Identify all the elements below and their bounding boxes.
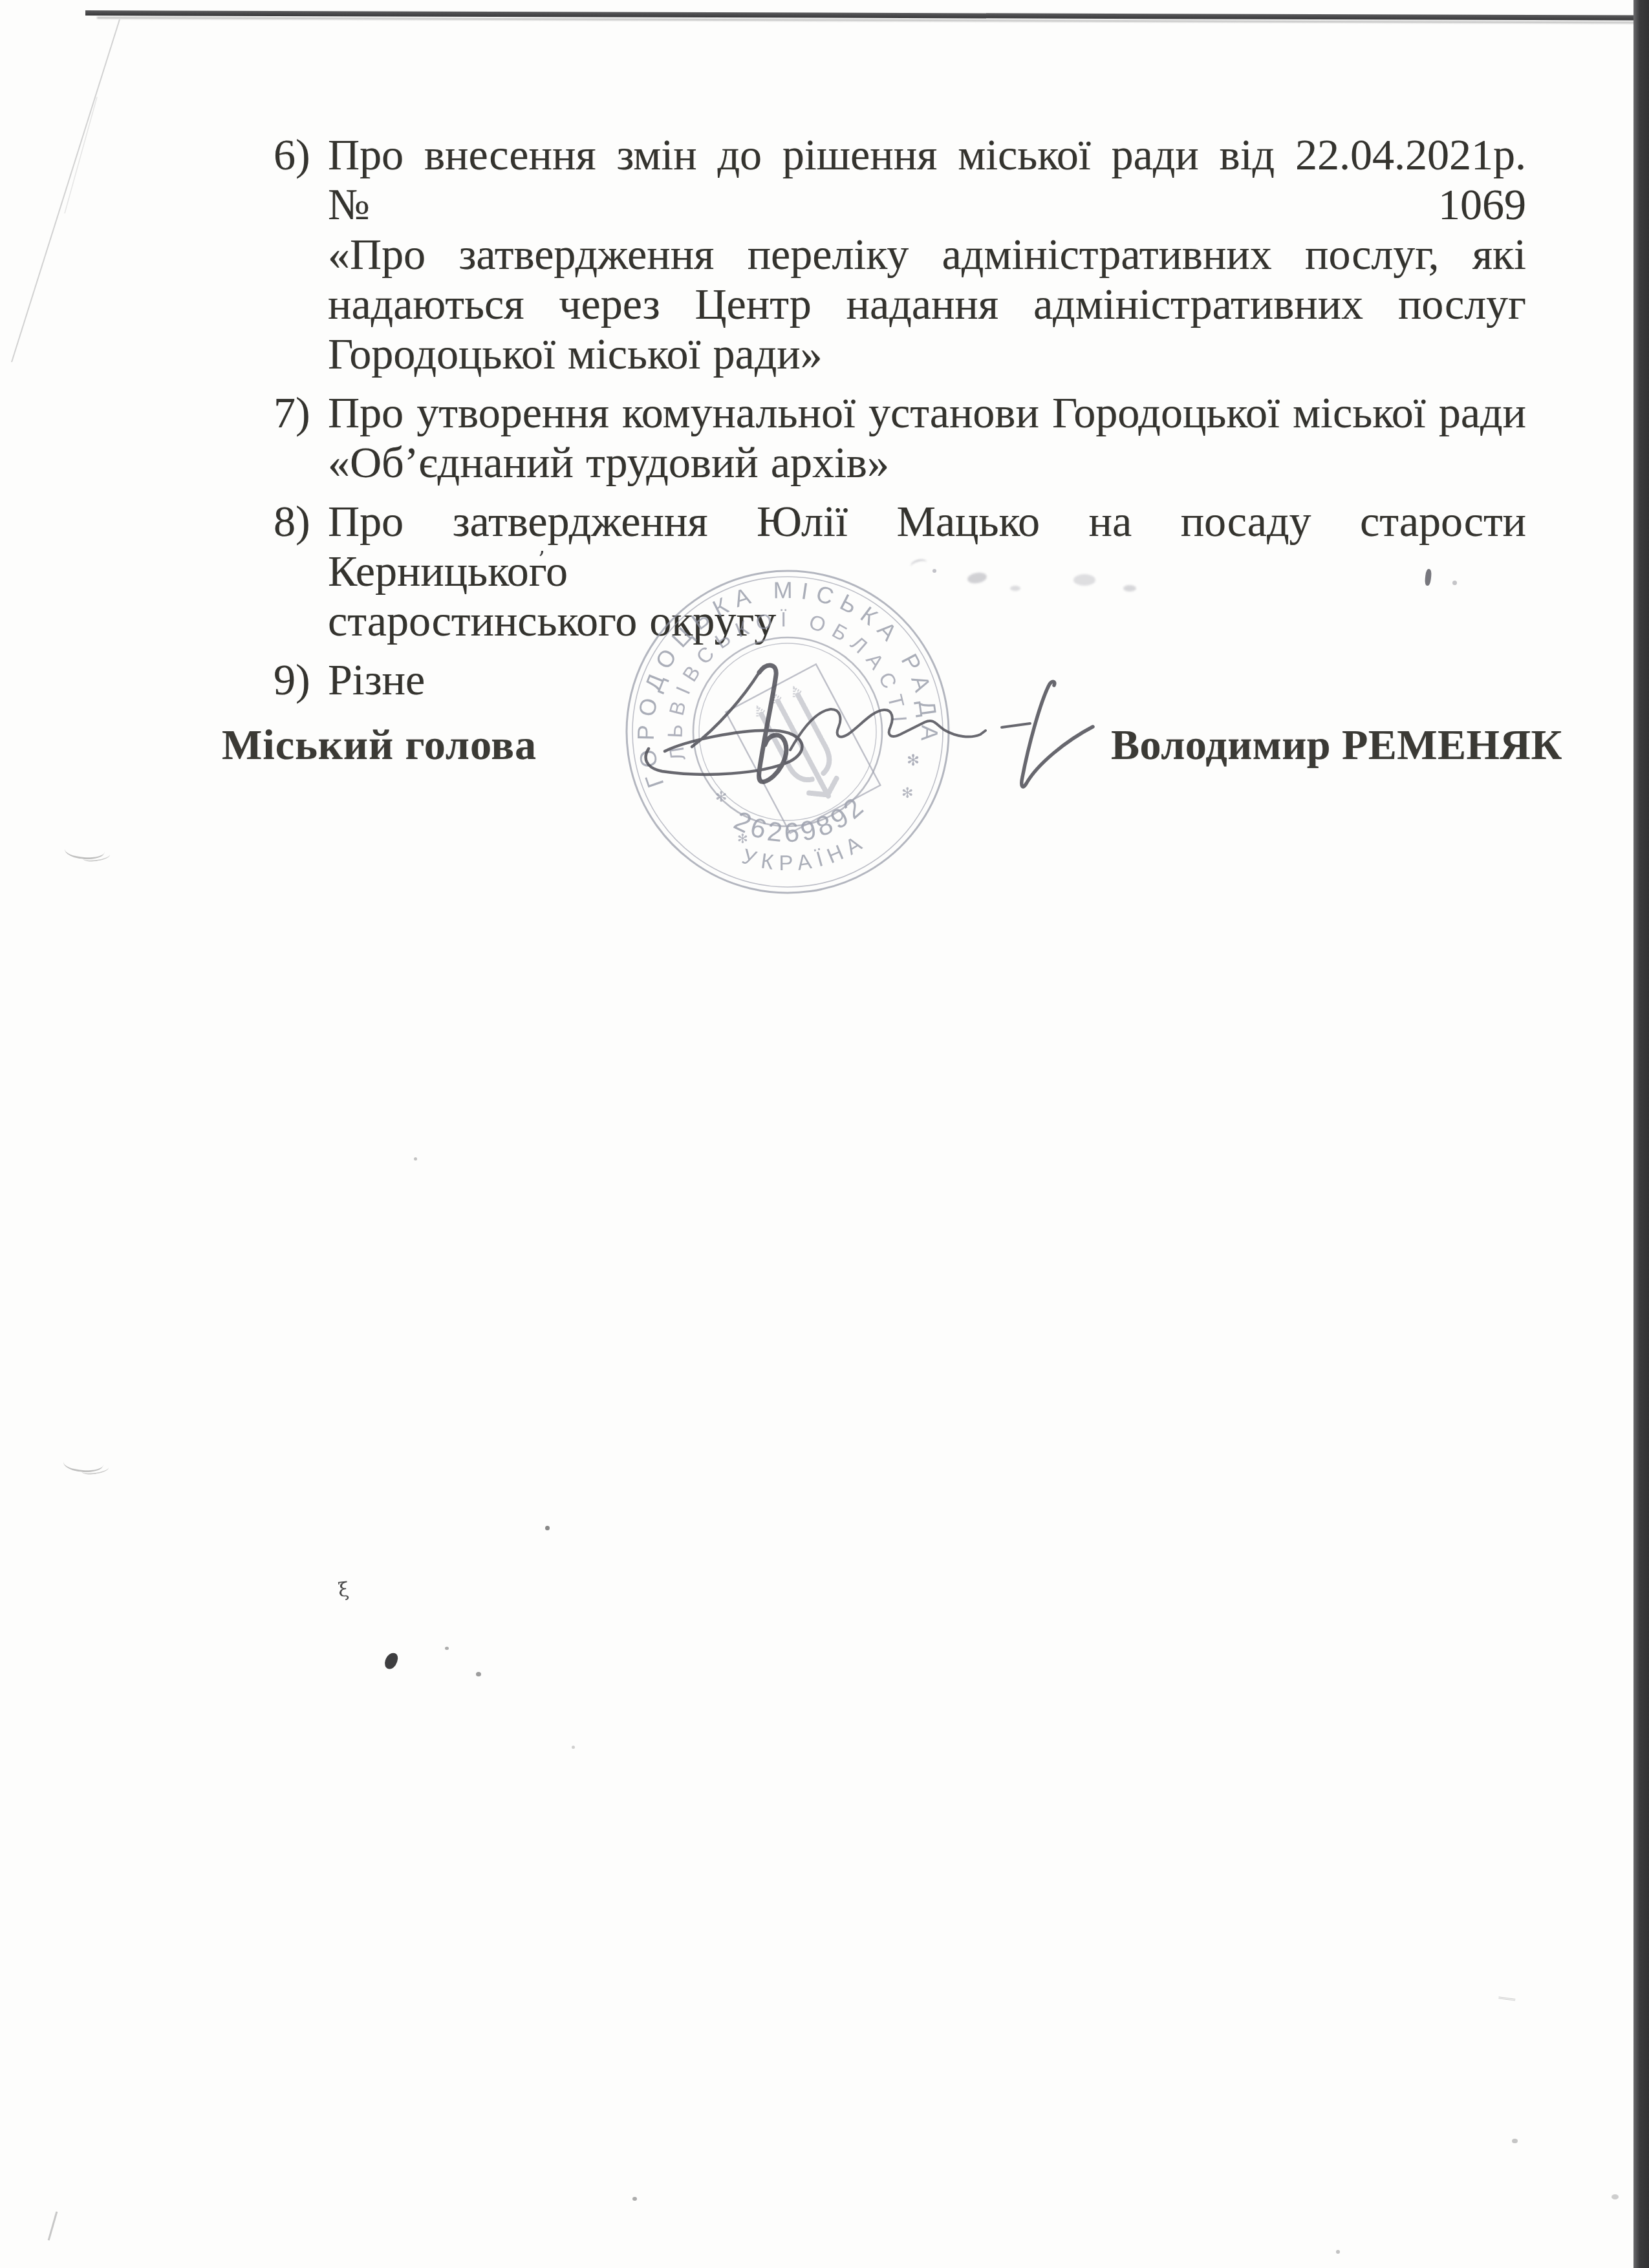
agenda-item-text: Про утворення комунальної установи Город…	[328, 388, 1526, 487]
ink-speck	[1611, 2194, 1619, 2199]
ink-speck	[632, 2197, 637, 2201]
scan-right-edge-strip	[1633, 0, 1649, 2268]
ink-speck	[932, 569, 936, 573]
agenda-line: «Об’єднаний трудовий архів»	[328, 438, 1526, 487]
agenda-item-number: 7)	[274, 388, 328, 487]
ink-speck: ’	[538, 547, 545, 573]
scan-smudge	[1010, 586, 1020, 591]
agenda-item-7: 7) Про утворення комунальної установи Го…	[274, 388, 1526, 487]
signer-position-title: Міський голова	[222, 723, 537, 768]
agenda-item-number: 8)	[274, 497, 328, 646]
agenda-item-number: 9)	[274, 655, 328, 705]
agenda-line: надаються через Центр надання адміністра…	[328, 279, 1526, 329]
scan-smudge	[1123, 585, 1136, 592]
agenda-line: Про утворення комунальної установи Город…	[328, 388, 1526, 438]
scan-corner-fold-line	[0, 0, 194, 453]
signer-name: Володимир РЕМЕНЯК	[1111, 723, 1562, 768]
ink-speck	[1452, 581, 1457, 585]
handwritten-signature	[621, 653, 1112, 808]
scan-smudge	[48, 2211, 58, 2240]
agenda-item-6: 6) Про внесення змін до рішення міської …	[274, 130, 1526, 379]
ink-speck	[572, 1746, 575, 1749]
ink-blot	[383, 1651, 399, 1671]
ink-speck	[414, 1157, 417, 1161]
ink-speck	[1512, 2139, 1518, 2143]
ink-speck	[545, 1526, 550, 1530]
ink-speck	[476, 1672, 481, 1676]
ink-speck: ξ	[337, 1578, 350, 1602]
scanned-document-page: 6) Про внесення змін до рішення міської …	[0, 0, 1649, 2268]
scan-smudge	[1498, 1990, 1516, 2000]
agenda-item-text: Про внесення змін до рішення міської рад…	[328, 130, 1526, 379]
ink-speck	[1336, 2250, 1340, 2254]
scan-smudge	[1073, 574, 1095, 586]
agenda-line: Про внесення змін до рішення міської рад…	[328, 130, 1526, 230]
ink-speck	[445, 1647, 449, 1650]
agenda-line: Городоцької міської ради»	[328, 329, 1526, 379]
agenda-item-number: 6)	[274, 130, 328, 379]
star-icon: ✻	[737, 832, 748, 846]
agenda-line: «Про затвердження переліку адміністратив…	[328, 230, 1526, 279]
